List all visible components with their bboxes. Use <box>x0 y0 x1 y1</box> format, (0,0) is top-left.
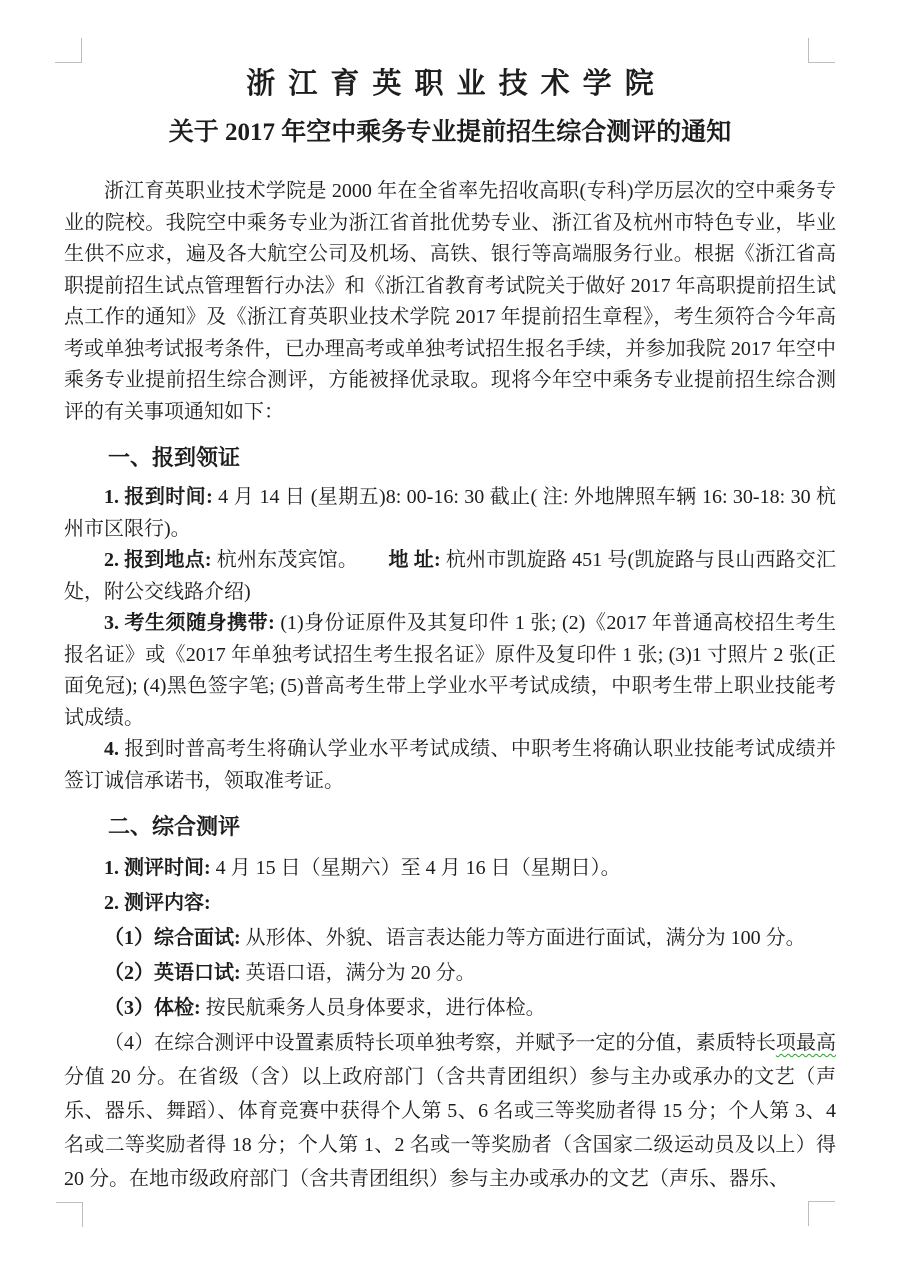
section1-item4: 4. 报到时普高考生将确认学业水平考试成绩、中职考生将确认职业技能考试成绩并签订… <box>64 734 836 797</box>
section2-sub2-text: 英语口语，满分为 20 分。 <box>241 962 476 984</box>
section1-item3-label: 3. 考生须随身携带: <box>104 612 275 634</box>
intro-paragraph: 浙江育英职业技术学院是 2000 年在全省率先招收高职(专科)学历层次的空中乘务… <box>64 176 836 428</box>
section1-heading: 一、报到领证 <box>64 443 836 473</box>
section2-sub1-label: （1）综合面试: <box>104 927 241 949</box>
section1-item1-label: 1. 报到时间: <box>104 486 213 508</box>
section1-item1: 1. 报到时间: 4 月 14 日 (星期五)8: 00-16: 30 截止( … <box>64 482 836 545</box>
spellcheck-flagged-text: 项最高 <box>776 1032 836 1054</box>
document-subtitle: 关于 2017 年空中乘务专业提前招生综合测评的通知 <box>64 116 836 150</box>
section1-item3: 3. 考生须随身携带: (1)身份证原件及其复印件 1 张; (2)《2017 … <box>64 608 836 734</box>
section2-sub2: （2）英语口试: 英语口语，满分为 20 分。 <box>64 956 836 990</box>
section2-sub3-text: 按民航乘务人员身体要求，进行体检。 <box>201 997 546 1019</box>
margin-crop-mark-top-left <box>55 38 82 63</box>
section2-sub1: （1）综合面试: 从形体、外貌、语言表达能力等方面进行面试，满分为 100 分。 <box>64 921 836 955</box>
section2-sub4: （4）在综合测评中设置素质特长项单独考察，并赋予一定的分值，素质特长项最高分值 … <box>64 1026 836 1196</box>
section1-item4-text: 报到时普高考生将确认学业水平考试成绩、中职考生将确认职业技能考试成绩并签订诚信承… <box>64 738 836 792</box>
section2-item2: 2. 测评内容: <box>64 886 836 920</box>
document-title: 浙江育英职业技术学院 <box>64 64 836 104</box>
section1-item2-text1: 杭州东茂宾馆。 <box>212 549 389 571</box>
document-page: 浙江育英职业技术学院 关于 2017 年空中乘务专业提前招生综合测评的通知 浙江… <box>0 0 900 1266</box>
section2-item1-label: 1. 测评时间: <box>104 857 211 879</box>
margin-crop-mark-bottom-left <box>56 1202 83 1227</box>
section1-item2: 2. 报到地点: 杭州东茂宾馆。 地 址: 杭州市凯旋路 451 号(凯旋路与艮… <box>64 545 836 608</box>
margin-crop-mark-bottom-right <box>808 1201 835 1226</box>
section2-sub4-text1: （4）在综合测评中设置素质特长项单独考察，并赋予一定的分值，素质特长 <box>104 1032 776 1054</box>
section2-item1-text: 4 月 15 日（星期六）至 4 月 16 日（星期日）。 <box>211 857 621 879</box>
section1-item2-label2: 地 址: <box>388 549 440 571</box>
section2-sub2-label: （2）英语口试: <box>104 962 241 984</box>
document-content: 浙江育英职业技术学院 关于 2017 年空中乘务专业提前招生综合测评的通知 浙江… <box>64 64 836 1196</box>
section1-item2-label: 2. 报到地点: <box>104 549 212 571</box>
section2-heading: 二、综合测评 <box>64 812 836 842</box>
section2-sub1-text: 从形体、外貌、语言表达能力等方面进行面试，满分为 100 分。 <box>241 927 806 949</box>
section2-sub3: （3）体检: 按民航乘务人员身体要求，进行体检。 <box>64 991 836 1025</box>
section1-item4-label: 4. <box>104 738 119 760</box>
section2-item1: 1. 测评时间: 4 月 15 日（星期六）至 4 月 16 日（星期日）。 <box>64 851 836 885</box>
section2-sub4-text2: 分值 20 分。在省级（含）以上政府部门（含共青团组织）参与主办或承办的文艺（声… <box>64 1066 836 1190</box>
margin-crop-mark-top-right <box>808 38 835 63</box>
section2-sub3-label: （3）体检: <box>104 997 201 1019</box>
section2-item2-label: 2. 测评内容: <box>104 892 211 914</box>
